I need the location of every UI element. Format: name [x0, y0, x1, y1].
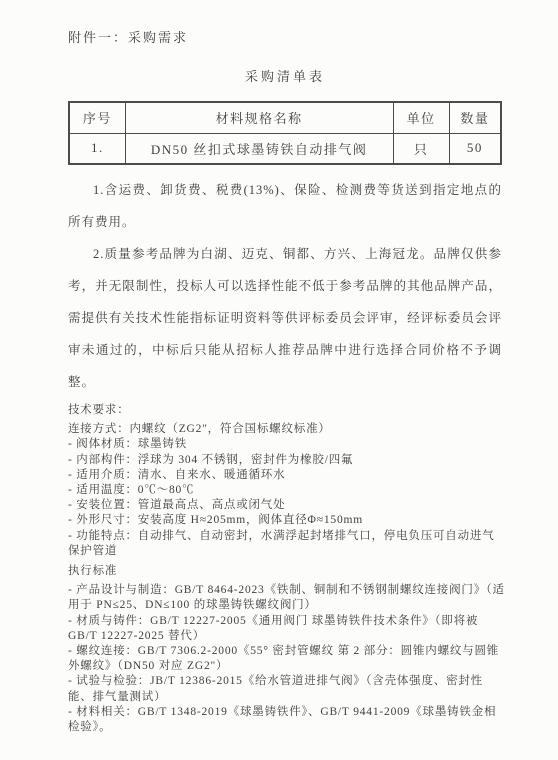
col-header-unit: 单位 [393, 102, 449, 133]
standards-section: 执行标准 - 产品设计与制造：GB/T 8464-2023《铁制、铜制和不锈钢制… [68, 564, 506, 735]
procurement-table: 序号 材料规格名称 单位 数量 1. DN50 丝扣式球墨铸铁自动排气阀 只 5… [68, 101, 502, 165]
cell-qty: 50 [449, 133, 501, 164]
tech-item-dimensions: - 外形尺寸：安装高度 H≈205mm，阀体直径Φ≈150mm [68, 513, 506, 528]
tech-item-medium: - 适用介质：清水、自来水、暖通循环水 [68, 468, 506, 483]
table-row: 1. DN50 丝扣式球墨铸铁自动排气阀 只 50 [69, 133, 501, 164]
tech-heading: 技术要求： [68, 403, 506, 418]
standard-item-design: - 产品设计与制造：GB/T 8464-2023《铁制、铜制和不锈钢制螺纹连接阀… [68, 583, 506, 613]
note-paragraph-1: 1.含运费、卸货费、税费(13%)、保险、检测费等货送到指定地点的所有费用。 [68, 174, 502, 238]
technical-requirements-section: 技术要求： 连接方式：内螺纹（ZG2"，符合国标螺纹标准） - 阀体材质：球墨铸… [68, 403, 506, 735]
cell-unit: 只 [393, 133, 449, 164]
note-paragraph-2: 2.质量参考品牌为白湖、迈克、铜都、方兴、上海冠龙。品牌仅供参考，并无限制性，投… [68, 238, 502, 398]
attachment-title: 附件一：采购需求 [68, 30, 502, 46]
cell-no: 1. [69, 133, 125, 164]
col-header-qty: 数量 [449, 102, 501, 133]
col-header-no: 序号 [69, 102, 125, 133]
tech-item-functions: - 功能特点：自动排气、自动密封，水满浮起封堵排气口，停电负压可自动进气保护管道 [68, 529, 506, 559]
tech-item-temperature: - 适用温度：0℃～80℃ [68, 483, 506, 498]
tech-item-body-material: - 阀体材质：球墨铸铁 [68, 437, 506, 452]
cell-name: DN50 丝扣式球墨铸铁自动排气阀 [125, 133, 393, 164]
col-header-name: 材料规格名称 [125, 102, 393, 133]
tech-item-internal-parts: - 内部构件：浮球为 304 不锈钢，密封件为橡胶/四氟 [68, 453, 506, 468]
table-title: 采购清单表 [68, 69, 502, 85]
notes-section: 1.含运费、卸货费、税费(13%)、保险、检测费等货送到指定地点的所有费用。 2… [68, 174, 502, 398]
tech-connection: 连接方式：内螺纹（ZG2"，符合国标螺纹标准） [68, 422, 506, 437]
standard-item-material: - 材质与铸件：GB/T 12227-2005《通用阀门 球墨铸铁件技术条件》（… [68, 614, 506, 644]
document-page: 附件一：采购需求 采购清单表 序号 材料规格名称 单位 数量 1. DN50 丝… [0, 0, 558, 760]
table-header-row: 序号 材料规格名称 单位 数量 [69, 102, 501, 133]
standard-item-threading: - 螺纹连接：GB/T 7306.2-2000《55° 密封管螺纹 第 2 部分… [68, 644, 506, 674]
standards-heading: 执行标准 [68, 564, 506, 579]
standard-item-testing: - 试验与检验：JB/T 12386-2015《给水管道进排气阀》（含壳体强度、… [68, 674, 506, 704]
tech-item-install-location: - 安装位置：管道最高点、高点或闭气处 [68, 498, 506, 513]
standard-item-related: - 材料相关：GB/T 1348-2019《球墨铸铁件》、GB/T 9441-2… [68, 705, 506, 735]
